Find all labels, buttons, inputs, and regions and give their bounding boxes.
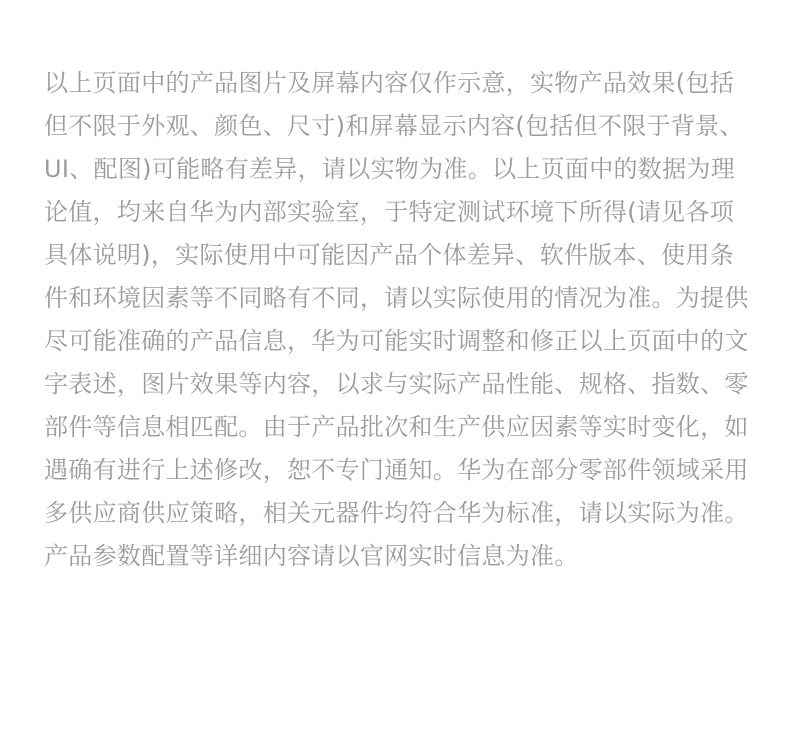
disclaimer-line: 以上页面中的产品图片及屏幕内容仅作示意，实物产品效果(包括: [44, 62, 756, 105]
disclaimer-line: 产品参数配置等详细内容请以官网实时信息为准。: [44, 535, 756, 578]
disclaimer-line: 论值，均来自华为内部实验室，于特定测试环境下所得(请见各项: [44, 191, 756, 234]
disclaimer-line: 遇确有进行上述修改，恕不专门通知。华为在部分零部件领域采用: [44, 449, 756, 492]
disclaimer-line: 部件等信息相匹配。由于产品批次和生产供应因素等实时变化，如: [44, 406, 756, 449]
disclaimer-line: 尽可能准确的产品信息，华为可能实时调整和修正以上页面中的文: [44, 320, 756, 363]
disclaimer-line: 但不限于外观、颜色、尺寸)和屏幕显示内容(包括但不限于背景、: [44, 105, 756, 148]
disclaimer-line: 件和环境因素等不同略有不同，请以实际使用的情况为准。为提供: [44, 277, 756, 320]
disclaimer-line: 具体说明)，实际使用中可能因产品个体差异、软件版本、使用条: [44, 234, 756, 277]
disclaimer-paragraph: 以上页面中的产品图片及屏幕内容仅作示意，实物产品效果(包括 但不限于外观、颜色、…: [44, 62, 756, 578]
disclaimer-line: UI、配图)可能略有差异，请以实物为准。以上页面中的数据为理: [44, 148, 756, 191]
disclaimer-line: 字表述，图片效果等内容，以求与实际产品性能、规格、指数、零: [44, 363, 756, 406]
disclaimer-line: 多供应商供应策略，相关元器件均符合华为标准，请以实际为准。: [44, 492, 756, 535]
